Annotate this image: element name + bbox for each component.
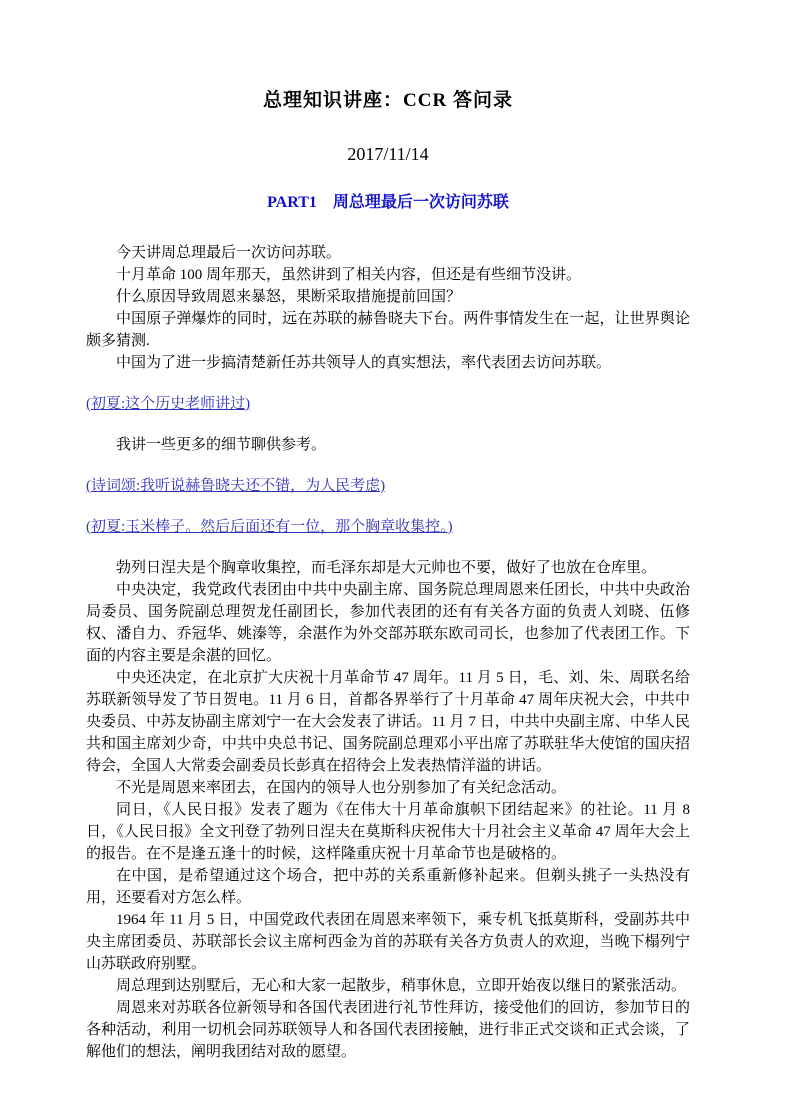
body-paragraph: 周恩来对苏联各位新领导和各国代表团进行礼节性拜访，接受他们的回访，参加节日的各种… xyxy=(86,997,690,1063)
body-paragraph: 什么原因导致周恩来暴怒，果断采取措施提前回国？ xyxy=(86,286,690,308)
section-heading-part1: PART1 周总理最后一次访问苏联 xyxy=(86,192,690,214)
document-title: 总理知识讲座：CCR 答问录 xyxy=(86,88,690,114)
document-body: 今天讲周总理最后一次访问苏联。十月革命 100 周年那天，虽然讲到了相关内容，但… xyxy=(86,242,690,1063)
commenter-note: (诗词颂:我听说赫鲁晓夫还不错，为人民考虑) xyxy=(86,475,690,497)
body-paragraph: 周总理到达别墅后，无心和大家一起散步，稍事休息，立即开始夜以继日的紧张活动。 xyxy=(86,975,690,997)
commenter-note: (初夏:这个历史老师讲过) xyxy=(86,393,690,415)
document-date: 2017/11/14 xyxy=(86,142,690,166)
body-paragraph: 中央还决定，在北京扩大庆祝十月革命节 47 周年。11 月 5 日，毛、刘、朱、… xyxy=(86,667,690,777)
commenter-note: (初夏:玉米棒子。然后后面还有一位，那个胸章收集控。) xyxy=(86,516,690,538)
body-paragraph: 不光是周恩来率团去，在国内的领导人也分别参加了有关纪念活动。 xyxy=(86,777,690,799)
document-page: 总理知识讲座：CCR 答问录 2017/11/14 PART1 周总理最后一次访… xyxy=(0,0,800,1100)
body-paragraph: 同日，《人民日报》发表了题为《在伟大十月革命旗帜下团结起来》的社论。11 月 8… xyxy=(86,799,690,865)
body-paragraph: 勃列日涅夫是个胸章收集控，而毛泽东却是大元帅也不要，做好了也放在仓库里。 xyxy=(86,557,690,579)
body-paragraph: 十月革命 100 周年那天，虽然讲到了相关内容，但还是有些细节没讲。 xyxy=(86,264,690,286)
body-paragraph: 中国原子弹爆炸的同时，远在苏联的赫鲁晓夫下台。两件事情发生在一起，让世界舆论颇多… xyxy=(86,308,690,352)
body-paragraph: 1964 年 11 月 5 日，中国党政代表团在周恩来率领下，乘专机飞抵莫斯科，… xyxy=(86,909,690,975)
body-paragraph: 中国为了进一步搞清楚新任苏共领导人的真实想法，率代表团去访问苏联。 xyxy=(86,352,690,374)
body-paragraph: 在中国，是希望通过这个场合，把中苏的关系重新修补起来。但剃头挑子一头热没有用，还… xyxy=(86,865,690,909)
body-paragraph: 我讲一些更多的细节聊供参考。 xyxy=(86,434,690,456)
body-paragraph: 今天讲周总理最后一次访问苏联。 xyxy=(86,242,690,264)
body-paragraph: 中央决定，我党政代表团由中共中央副主席、国务院总理周恩来任团长，中共中央政治局委… xyxy=(86,579,690,667)
